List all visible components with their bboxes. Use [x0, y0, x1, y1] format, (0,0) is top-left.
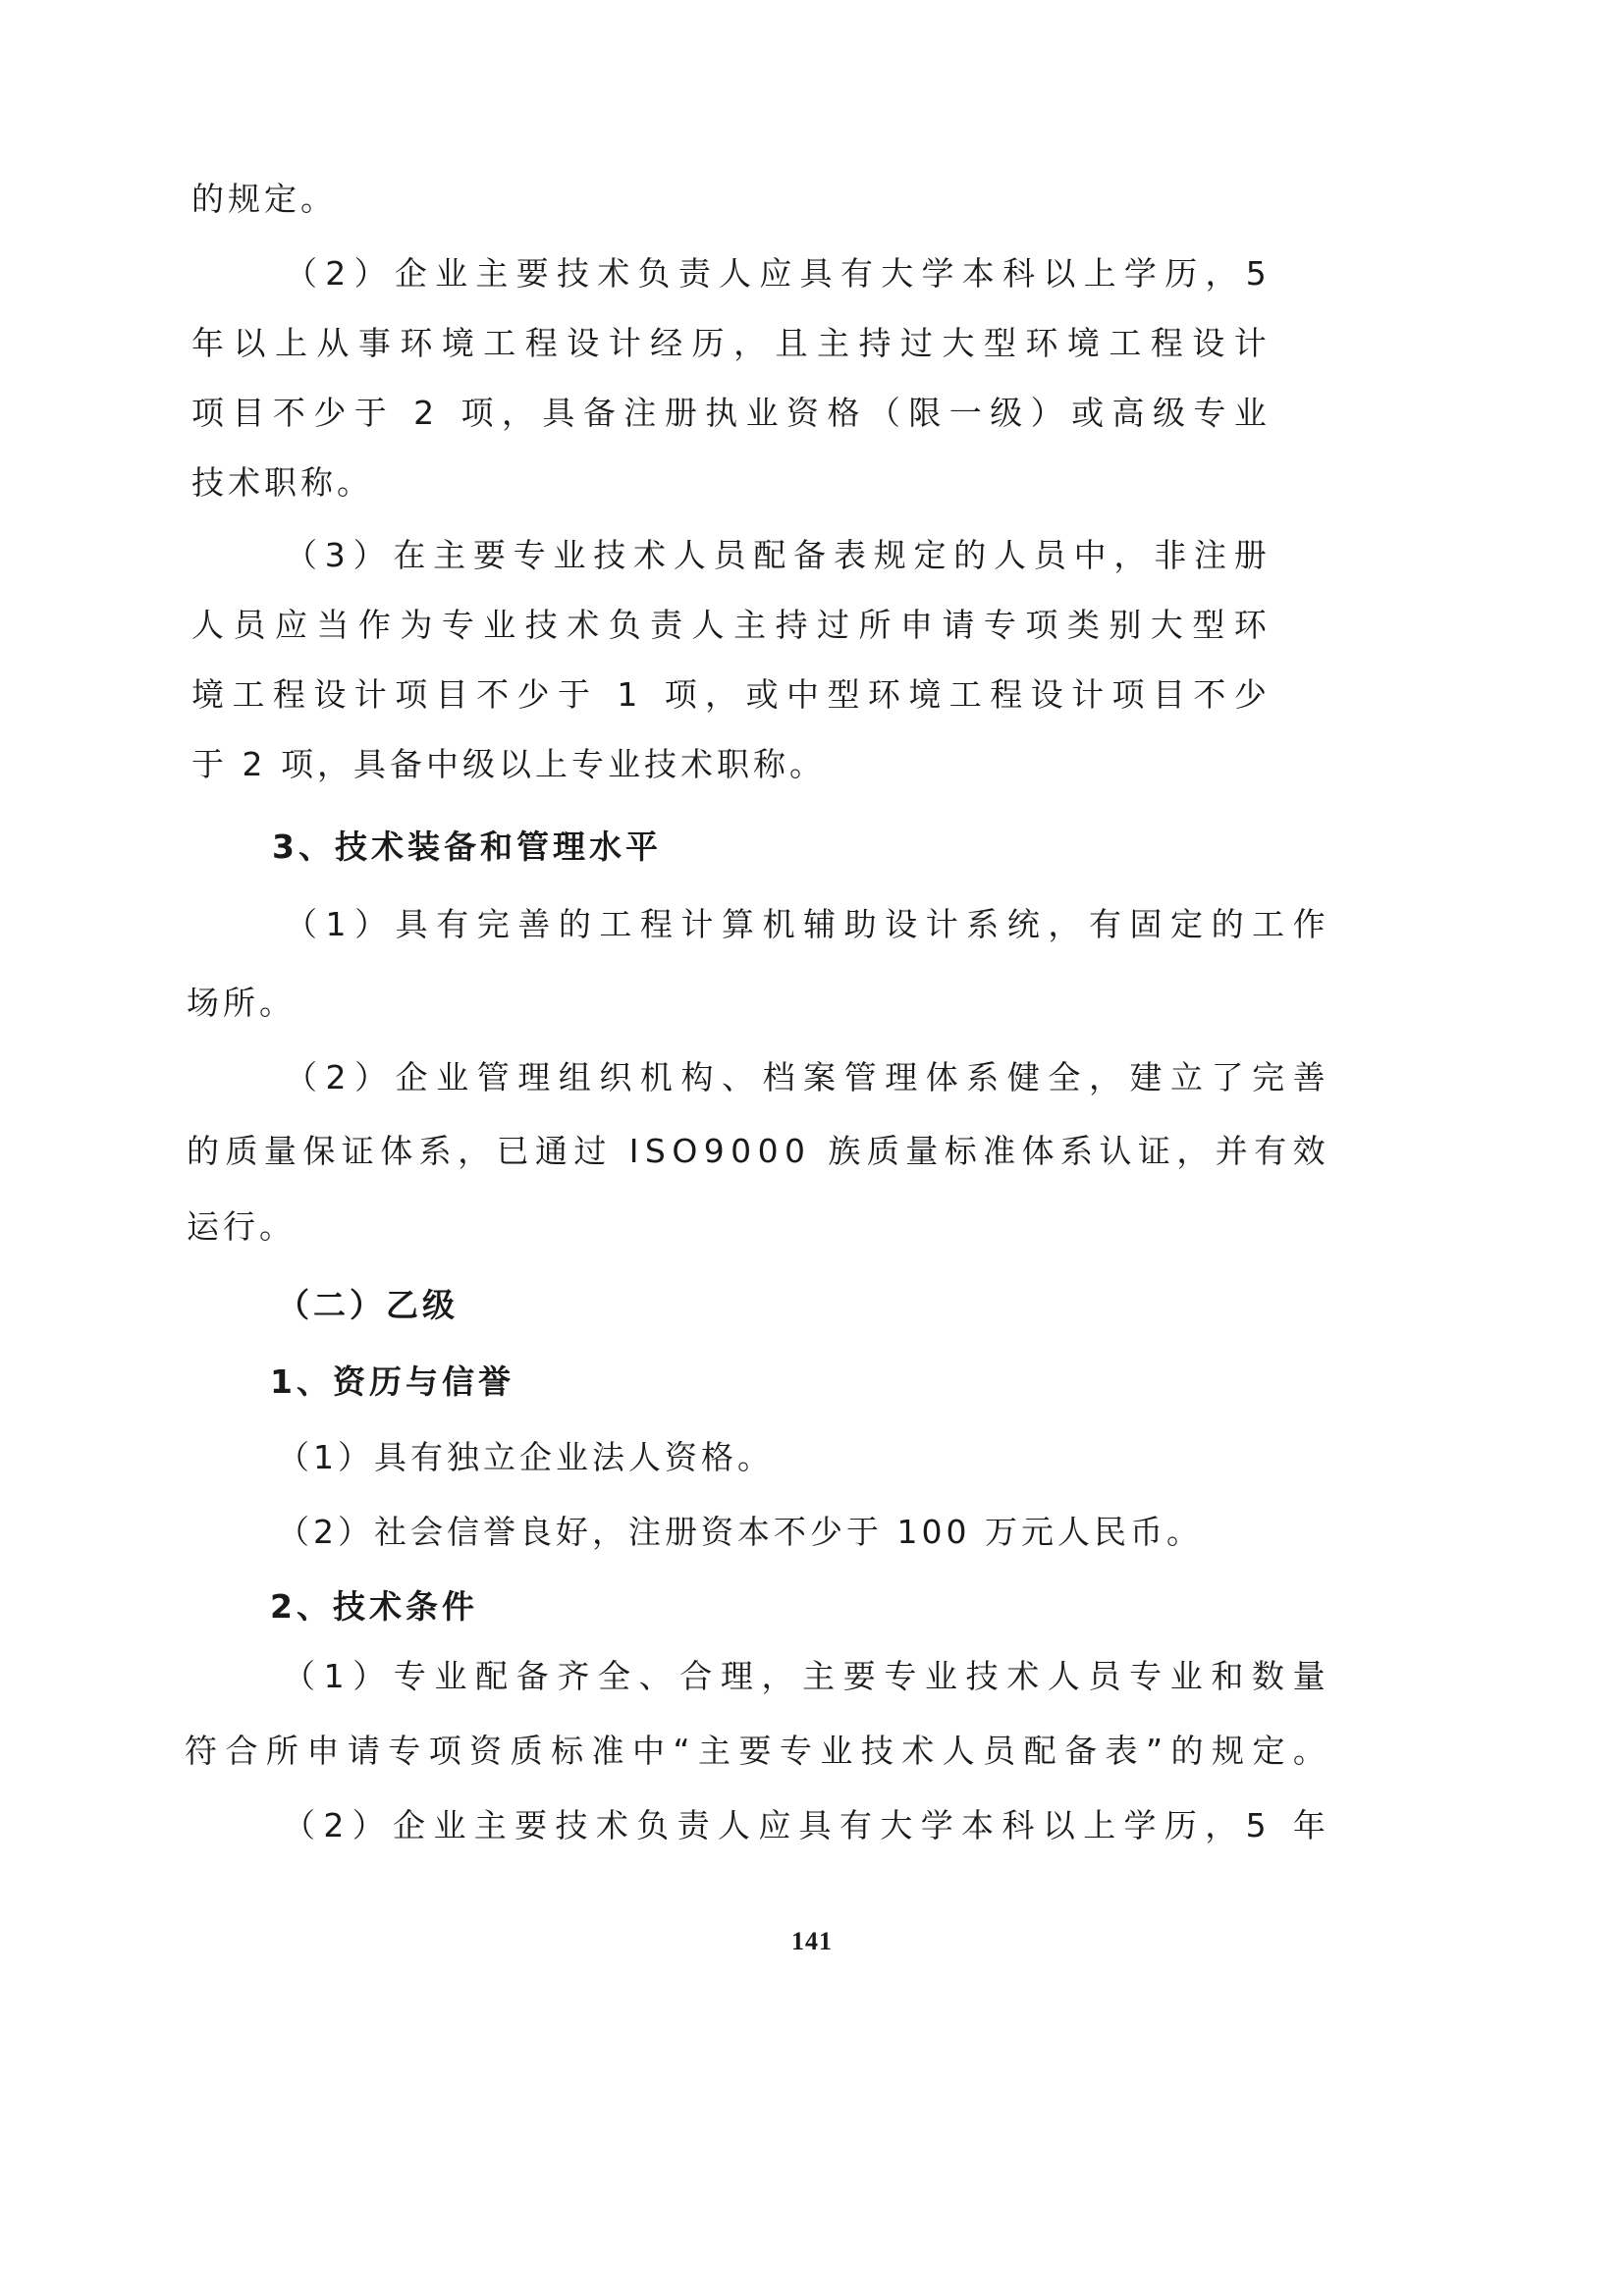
glyph: 负 [638, 252, 671, 295]
glyph: 、 [722, 1056, 754, 1099]
glyph: 业 [435, 252, 467, 295]
glyph: 的 [953, 534, 986, 577]
glyph: 人 [692, 604, 725, 647]
glyph: 责 [678, 252, 711, 295]
glyph: 册 [665, 392, 697, 435]
text-line: 人员应当作为专业技术负责人主持过所申请专项类别大型环 [191, 604, 1267, 647]
glyph: 注 [623, 392, 656, 435]
glyph: 历 [1164, 1804, 1197, 1847]
glyph [395, 392, 406, 435]
glyph: 善 [1293, 1056, 1326, 1099]
document-page: 的规定。 （2）企业主要技术负责人应具有大学本科以上学历，5 年以上从事环境工程… [0, 0, 1624, 2296]
glyph: ） [354, 1056, 387, 1099]
glyph: 专 [442, 604, 474, 647]
glyph: 系 [1060, 1130, 1093, 1173]
glyph: O [672, 1130, 697, 1173]
glyph: 体 [380, 1130, 412, 1173]
glyph: 备 [793, 534, 826, 577]
text-line: 运行。 [187, 1205, 296, 1249]
glyph: 助 [844, 903, 877, 946]
glyph: 管 [844, 1056, 877, 1099]
glyph: 少 [313, 392, 346, 435]
text-line: （1）专业配备齐全、合理，主要专业技术人员专业和数量 [283, 1655, 1326, 1698]
glyph: 不 [476, 673, 509, 717]
glyph: 大 [880, 1804, 912, 1847]
glyph: 限 [908, 392, 941, 435]
glyph: 系 [966, 903, 999, 946]
glyph: ， [1205, 252, 1237, 295]
glyph: 计 [609, 322, 641, 365]
glyph: 环 [868, 673, 900, 717]
glyph: 人 [943, 1730, 975, 1773]
glyph [598, 673, 609, 717]
glyph: 具 [799, 1804, 832, 1847]
glyph: 标 [945, 1130, 977, 1173]
glyph: 专 [884, 1655, 916, 1698]
glyph: 员 [1034, 534, 1066, 577]
glyph: 建 [1129, 1056, 1162, 1099]
glyph: 术 [596, 1804, 628, 1847]
glyph: 少 [1234, 673, 1267, 717]
glyph: 配 [753, 534, 785, 577]
glyph: ， [705, 673, 737, 717]
glyph: 历 [1164, 252, 1197, 295]
glyph: 、 [639, 1655, 672, 1698]
glyph: 资 [469, 1730, 502, 1773]
glyph: （ [285, 534, 317, 577]
glyph: 体 [926, 1056, 958, 1099]
glyph: 的 [559, 903, 591, 946]
glyph: ） [352, 1655, 385, 1698]
glyph [613, 1130, 623, 1173]
glyph: 3 [325, 534, 346, 577]
glyph: 少 [517, 673, 550, 717]
glyph: （ [285, 1056, 317, 1099]
glyph: 所 [859, 604, 892, 647]
glyph: 主 [817, 322, 849, 365]
glyph: 有 [1254, 1130, 1286, 1173]
text-line: （2）社会信誉良好，注册资本不少于 100 万元人民币。 [277, 1511, 1203, 1554]
glyph: 业 [820, 1730, 852, 1773]
glyph: 大 [942, 322, 974, 365]
glyph: 企 [395, 252, 427, 295]
glyph: 2 [325, 252, 346, 295]
glyph: 应 [275, 604, 307, 647]
text-line: 年以上从事环境工程设计经历，且主持过大型环境工程设计 [191, 322, 1267, 365]
glyph: 高 [1112, 392, 1145, 435]
glyph: 理 [721, 1655, 753, 1698]
glyph: ， [762, 1655, 794, 1698]
glyph: 表 [1106, 1730, 1138, 1773]
section-heading: 1、资历与信誉 [270, 1361, 514, 1404]
glyph: 合 [225, 1730, 257, 1773]
glyph: 0 [731, 1130, 751, 1173]
glyph: “ [673, 1730, 689, 1773]
glyph: 执 [705, 392, 737, 435]
glyph: 责 [677, 1804, 710, 1847]
glyph: ” [1146, 1730, 1163, 1773]
glyph: 设 [885, 903, 917, 946]
glyph: 设 [313, 673, 346, 717]
glyph: 类 [1067, 604, 1100, 647]
glyph: 境 [442, 322, 474, 365]
glyph: 以 [1043, 252, 1075, 295]
glyph: 上 [1084, 252, 1116, 295]
glyph: 从 [316, 322, 349, 365]
glyph: 本 [961, 1804, 994, 1847]
glyph: 技 [861, 1730, 893, 1773]
glyph: 术 [633, 534, 666, 577]
glyph: 有 [840, 252, 873, 295]
glyph: 申 [306, 1730, 339, 1773]
glyph: 系 [966, 1056, 999, 1099]
line-text: （2）社会信誉良好，注册资本不少于 100 万元人民币。 [277, 1511, 1203, 1554]
text-line: （1）具有完善的工程计算机辅助设计系统，有固定的工作 [285, 903, 1326, 946]
glyph: 了 [1212, 1056, 1244, 1099]
glyph: 员 [714, 534, 746, 577]
glyph: 册 [1234, 534, 1267, 577]
glyph: 工 [232, 673, 264, 717]
glyph: 主 [433, 534, 465, 577]
glyph: 上 [1083, 1804, 1115, 1847]
glyph: 计 [354, 673, 387, 717]
line-text: 技术职称。 [191, 461, 373, 505]
glyph: （ [285, 903, 317, 946]
glyph: 级 [990, 392, 1022, 435]
glyph: 人 [718, 1804, 750, 1847]
glyph: 业 [436, 1056, 468, 1099]
glyph: 计 [1234, 322, 1267, 365]
glyph: 定 [1170, 903, 1203, 946]
glyph: 过 [573, 1130, 606, 1173]
heading-text: 1、资历与信誉 [270, 1361, 514, 1404]
glyph: 技 [556, 1804, 588, 1847]
section-heading: （二）乙级 [277, 1284, 459, 1327]
glyph: ） [354, 903, 387, 946]
glyph: 有 [839, 1804, 872, 1847]
glyph [1274, 1804, 1285, 1847]
glyph: 标 [551, 1730, 583, 1773]
glyph: 级 [1153, 392, 1185, 435]
glyph: 项 [1025, 604, 1057, 647]
glyph: 事 [358, 322, 391, 365]
glyph: 中 [632, 1730, 665, 1773]
glyph: （ [285, 252, 317, 295]
glyph: 于 [558, 673, 590, 717]
glyph: 理 [885, 1056, 917, 1099]
glyph: 的 [187, 1130, 219, 1173]
glyph: 专 [514, 534, 546, 577]
glyph: 符 [185, 1730, 217, 1773]
glyph: 效 [1293, 1130, 1326, 1173]
glyph: （ [868, 392, 900, 435]
glyph: 和 [1211, 1655, 1243, 1698]
glyph: ， [1048, 903, 1080, 946]
glyph: 2 [413, 392, 434, 435]
glyph: 本 [962, 252, 995, 295]
glyph: 请 [348, 1730, 380, 1773]
glyph: 业 [483, 604, 515, 647]
glyph: 全 [598, 1655, 630, 1698]
glyph: 要 [843, 1655, 876, 1698]
glyph: ， [458, 1130, 490, 1173]
glyph: 中 [786, 673, 819, 717]
glyph: 境 [191, 673, 224, 717]
text-line: （3）在主要专业技术人员配备表规定的人员中，非注册 [285, 534, 1267, 577]
glyph: 0 [785, 1130, 805, 1173]
glyph: ， [1205, 1804, 1237, 1847]
text-line: 的规定。 [191, 178, 337, 221]
glyph: 且 [776, 322, 808, 365]
line-text: 场所。 [187, 982, 296, 1025]
glyph: 理 [517, 1056, 550, 1099]
glyph: 业 [553, 534, 585, 577]
glyph: 学 [1124, 252, 1157, 295]
glyph: 项 [461, 392, 494, 435]
glyph: 一 [949, 392, 982, 435]
glyph: 请 [942, 604, 974, 647]
glyph: 完 [1252, 1056, 1284, 1099]
glyph: 通 [535, 1130, 568, 1173]
glyph: 作 [358, 604, 391, 647]
glyph: ， [733, 322, 766, 365]
glyph: 设 [1192, 322, 1224, 365]
glyph: （ [283, 1655, 315, 1698]
glyph: 程 [1151, 322, 1183, 365]
glyph: S [645, 1130, 666, 1173]
heading-text: （二）乙级 [277, 1284, 459, 1327]
glyph: 工 [483, 322, 515, 365]
glyph: 具 [542, 392, 574, 435]
glyph: 主 [698, 1730, 731, 1773]
glyph: 负 [609, 604, 641, 647]
glyph: 配 [1024, 1730, 1056, 1773]
glyph: 注 [1194, 534, 1226, 577]
glyph: 齐 [557, 1655, 589, 1698]
glyph: 目 [232, 392, 264, 435]
glyph: 质 [511, 1730, 543, 1773]
glyph: 专 [984, 604, 1016, 647]
glyph: 人 [191, 604, 224, 647]
glyph: 术 [567, 604, 599, 647]
glyph: 科 [1001, 1804, 1034, 1847]
glyph: 目 [436, 673, 468, 717]
glyph: 过 [900, 322, 933, 365]
glyph: 已 [497, 1130, 529, 1173]
section-heading: 2、技术条件 [270, 1585, 478, 1629]
glyph: 中 [1074, 534, 1107, 577]
glyph: 所 [266, 1730, 298, 1773]
glyph: 负 [636, 1804, 669, 1847]
glyph: 上 [275, 322, 307, 365]
glyph: ， [502, 392, 534, 435]
glyph: 程 [525, 322, 558, 365]
glyph: 业 [1170, 1655, 1203, 1698]
glyph: 项 [1112, 673, 1145, 717]
glyph: 定 [1252, 1730, 1284, 1773]
glyph: 量 [905, 1130, 938, 1173]
glyph: 认 [1099, 1130, 1131, 1173]
glyph: 配 [475, 1655, 508, 1698]
glyph: 2 [326, 1056, 347, 1099]
glyph: 技 [966, 1655, 999, 1698]
glyph: 业 [746, 392, 779, 435]
glyph [443, 392, 454, 435]
glyph: 持 [859, 322, 892, 365]
glyph: I [629, 1130, 639, 1173]
glyph: 。 [1293, 1730, 1326, 1773]
glyph: 人 [674, 534, 706, 577]
glyph: 境 [1067, 322, 1100, 365]
glyph: 准 [592, 1730, 624, 1773]
glyph: 系 [419, 1130, 452, 1173]
glyph: 备 [516, 1655, 549, 1698]
glyph: 设 [567, 322, 599, 365]
text-line: 场所。 [187, 982, 296, 1025]
glyph: 技 [557, 252, 589, 295]
glyph: 规 [1212, 1730, 1244, 1773]
line-text: 于 2 项，具备中级以上专业技术职称。 [191, 743, 826, 786]
glyph: 5 [1246, 252, 1267, 295]
glyph: ） [354, 252, 387, 295]
glyph: 工 [1109, 322, 1141, 365]
glyph: 体 [1022, 1130, 1055, 1173]
glyph: 型 [827, 673, 859, 717]
glyph: （ [283, 1804, 315, 1847]
glyph: 辅 [803, 903, 836, 946]
glyph: 申 [900, 604, 933, 647]
glyph: 立 [1170, 1056, 1203, 1099]
glyph: 别 [1109, 604, 1141, 647]
glyph: 2 [323, 1804, 344, 1847]
glyph: 规 [874, 534, 906, 577]
glyph: 计 [1071, 673, 1104, 717]
glyph: 术 [597, 252, 629, 295]
glyph: 于 [354, 392, 387, 435]
glyph: 机 [640, 1056, 673, 1099]
glyph: 境 [908, 673, 941, 717]
glyph: 应 [758, 1804, 790, 1847]
glyph: 主 [474, 1804, 507, 1847]
glyph: 统 [1007, 903, 1040, 946]
glyph: 大 [1151, 604, 1183, 647]
text-line: 于 2 项，具备中级以上专业技术职称。 [191, 743, 826, 786]
glyph: 年 [1293, 1804, 1326, 1847]
glyph: 专 [1129, 1655, 1162, 1698]
section-heading: 3、技术装备和管理水平 [272, 826, 662, 869]
glyph: 量 [264, 1130, 297, 1173]
glyph: 固 [1129, 903, 1162, 946]
glyph: 的 [1171, 1730, 1204, 1773]
glyph: 历 [692, 322, 725, 365]
page-number: 141 [791, 1927, 833, 1956]
glyph: ） [353, 534, 386, 577]
glyph: 保 [302, 1130, 335, 1173]
glyph: 年 [191, 322, 224, 365]
glyph: 织 [599, 1056, 631, 1099]
glyph: 的 [1212, 903, 1244, 946]
glyph: 计 [680, 903, 713, 946]
glyph [646, 673, 657, 717]
glyph: 专 [388, 1730, 420, 1773]
glyph: 主 [475, 252, 508, 295]
glyph: 环 [1025, 322, 1057, 365]
glyph: 主 [802, 1655, 835, 1698]
glyph: 为 [400, 604, 432, 647]
glyph: 经 [650, 322, 682, 365]
glyph: ， [1089, 1056, 1121, 1099]
glyph [811, 1130, 822, 1173]
glyph: 项 [429, 1730, 461, 1773]
glyph: 术 [901, 1730, 934, 1773]
glyph: ） [1031, 392, 1063, 435]
glyph: 管 [477, 1056, 510, 1099]
glyph: 证 [342, 1130, 374, 1173]
glyph: 有 [1089, 903, 1121, 946]
glyph: 健 [1007, 1056, 1040, 1099]
glyph: 科 [1002, 252, 1035, 295]
glyph: 非 [1154, 534, 1186, 577]
glyph: 有 [436, 903, 468, 946]
glyph: 并 [1216, 1130, 1248, 1173]
heading-text: 3、技术装备和管理水平 [272, 826, 662, 869]
glyph: 项 [665, 673, 697, 717]
glyph: 技 [593, 534, 625, 577]
glyph: 数 [1252, 1655, 1284, 1698]
glyph: 完 [477, 903, 510, 946]
glyph: 大 [881, 252, 913, 295]
glyph: 构 [680, 1056, 713, 1099]
glyph: 案 [803, 1056, 836, 1099]
glyph: 工 [599, 903, 631, 946]
glyph: 0 [758, 1130, 779, 1173]
glyph: 项 [395, 673, 427, 717]
glyph: 型 [984, 322, 1016, 365]
glyph: 9 [704, 1130, 725, 1173]
glyph: 在 [393, 534, 425, 577]
glyph: 族 [828, 1130, 860, 1173]
text-line: 项目不少于 2 项，具备注册执业资格（限一级）或高级专业 [191, 392, 1267, 435]
text-line: （1）具有独立企业法人资格。 [277, 1436, 774, 1479]
glyph: 企 [393, 1804, 425, 1847]
glyph: 格 [827, 392, 859, 435]
text-line: 的质量保证体系，已通过 ISO9000 族质量标准体系认证，并有效 [187, 1130, 1326, 1173]
glyph: 机 [763, 903, 795, 946]
glyph: 要 [514, 1804, 547, 1847]
glyph: ， [1176, 1130, 1209, 1173]
glyph: 全 [1048, 1056, 1080, 1099]
glyph: 工 [1252, 903, 1284, 946]
text-line: （2）企业主要技术负责人应具有大学本科以上学历，5 年 [283, 1804, 1326, 1847]
glyph: 组 [559, 1056, 591, 1099]
glyph: 人 [719, 252, 751, 295]
glyph: 资 [786, 392, 819, 435]
glyph: 1 [617, 673, 637, 717]
text-line: 技术职称。 [191, 461, 373, 505]
line-text: （1）具有独立企业法人资格。 [277, 1436, 774, 1479]
glyph: 或 [1071, 392, 1104, 435]
glyph: 档 [763, 1056, 795, 1099]
glyph: 企 [396, 1056, 428, 1099]
glyph: 专 [1193, 392, 1225, 435]
glyph: 主 [733, 604, 766, 647]
glyph: 以 [233, 322, 265, 365]
glyph: 学 [921, 1804, 953, 1847]
glyph: 应 [759, 252, 791, 295]
glyph: 要 [516, 252, 549, 295]
glyph: 业 [435, 1655, 467, 1698]
glyph: 程 [273, 673, 305, 717]
